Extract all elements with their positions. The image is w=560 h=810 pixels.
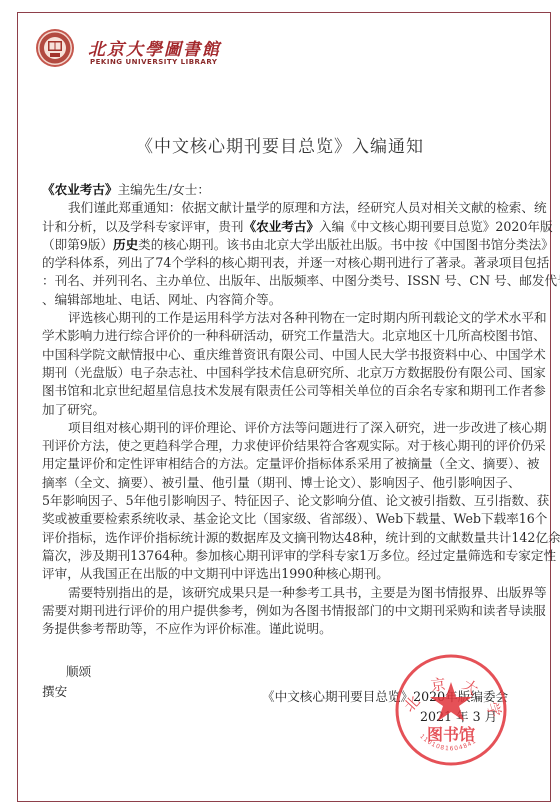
salutation: 《农业考古》主编先生/女士： — [42, 181, 522, 199]
official-seal-stamp: 北京大学 图书馆 1101081604841 — [393, 652, 509, 768]
paragraph-line: 奖或被重要检索系统收录、基金论文比（国家级、省部级）、Web下载量、Web下载率… — [42, 510, 522, 528]
paragraph-line: 5年影响因子、5年他引影响因子、特征因子、论文影响分值、论文被引指数、互引指数、… — [42, 492, 522, 510]
page-title: 《中文核心期刊要目总览》入编通知 — [0, 132, 560, 157]
paragraphs: 我们谨此郑重通知：依据文献计量学的原理和方法，经研究人员对相关文献的检索、统计和… — [42, 199, 522, 638]
paragraph-line: 需要特别指出的是，该研究成果只是一种参考工具书，主要是为图书情报界、出版界等 — [42, 584, 522, 602]
paragraph-line: 我们谨此郑重通知：依据文献计量学的原理和方法，经研究人员对相关文献的检索、统 — [42, 199, 522, 217]
paragraph-line: 学术影响力进行综合评价的一种科研活动，研究工作量浩大。北京地区十几所高校图书馆、 — [42, 327, 522, 345]
library-name-cn: 北京大學圖書館 — [88, 35, 221, 60]
closing-line-1: 顺颂 — [66, 661, 91, 680]
paragraph-line: 需要对期刊进行评价的用户提供参考，例如为各图书情报部门的中文期刊采购和读者导读服 — [42, 602, 522, 620]
paragraph-line: 刊评价方法，使之更趋科学合理，力求使评价结果符合客观实际。对于核心期刊的评价仍采 — [42, 437, 522, 455]
paragraph-line: 加了研究。 — [42, 401, 522, 419]
paragraph-line: 用定量评价和定性评审相结合的方法。定量评价指标体系采用了被摘量（全文、摘要）、被 — [42, 455, 522, 473]
closing-line-2: 撰安 — [42, 681, 67, 700]
paragraph-line: 图书馆和北京世纪超星信息技术发展有限责任公司等相关单位的百余名专家和期刊工作者参 — [42, 382, 522, 400]
paragraph-line: 评价指标，选作评价指标统计源的数据库及文摘刊物达48种，统计到的文献数量共计14… — [42, 529, 522, 547]
paragraph-line: 的学科体系，列出了74个学科的核心期刊表，并逐一对核心期刊进行了著录。著录项目包… — [42, 254, 522, 272]
paragraph-line: （即第9版）历史类的核心期刊。该书由北京大学出版社出版。书中按《中国图书馆分类法… — [42, 236, 522, 254]
paragraph-line: 计和分析，以及学科专家评审，贵刊《农业考古》入编《中文核心期刊要目总览》2020… — [42, 218, 522, 236]
paragraph-line: 期刊（光盘版）电子杂志社、中国科学技术信息研究所、北京万方数据股份有限公司、国家 — [42, 364, 522, 382]
paragraph-line: 务提供参考帮助等，不应作为评价标准。谨此说明。 — [42, 620, 522, 638]
paragraph-line: ：刊名、并列刊名、主办单位、出版年、出版频率、中图分类号、ISSN 号、CN 号… — [42, 272, 522, 290]
letter-body: 《农业考古》主编先生/女士： 我们谨此郑重通知：依据文献计量学的原理和方法，经研… — [42, 181, 522, 638]
journal-name: 《农业考古》 — [42, 182, 118, 197]
paragraph-line: 评选核心期刊的工作是运用科学方法对各种刊物在一定时期内所刊载论文的学术水平和 — [42, 309, 522, 327]
paragraph-line: 摘率（全文、摘要）、被引量、他引量（期刊、博士论文）、影响因子、他引影响因子、 — [42, 474, 522, 492]
paragraph-line: 评审，从我国正在出版的中文期刊中评选出1990种核心期刊。 — [42, 565, 522, 583]
paragraph-line: 篇次，涉及期刊13764种。参加核心期刊评审的学科专家1万多位。经过定量筛选和专… — [42, 547, 522, 565]
paragraph-line: 、编辑部地址、电话、网址、内容简介等。 — [42, 291, 522, 309]
paragraph-line: 项目组对核心期刊的评价理论、评价方法等问题进行了深入研究，进一步改进了核心期 — [42, 419, 522, 437]
library-name-en: PEKING UNIVERSITY LIBRARY — [90, 58, 217, 66]
university-seal-icon — [35, 28, 75, 68]
paragraph-line: 中国科学院文献情报中心、重庆维普资讯有限公司、中国人民大学书报资料中心、中国学术 — [42, 346, 522, 364]
